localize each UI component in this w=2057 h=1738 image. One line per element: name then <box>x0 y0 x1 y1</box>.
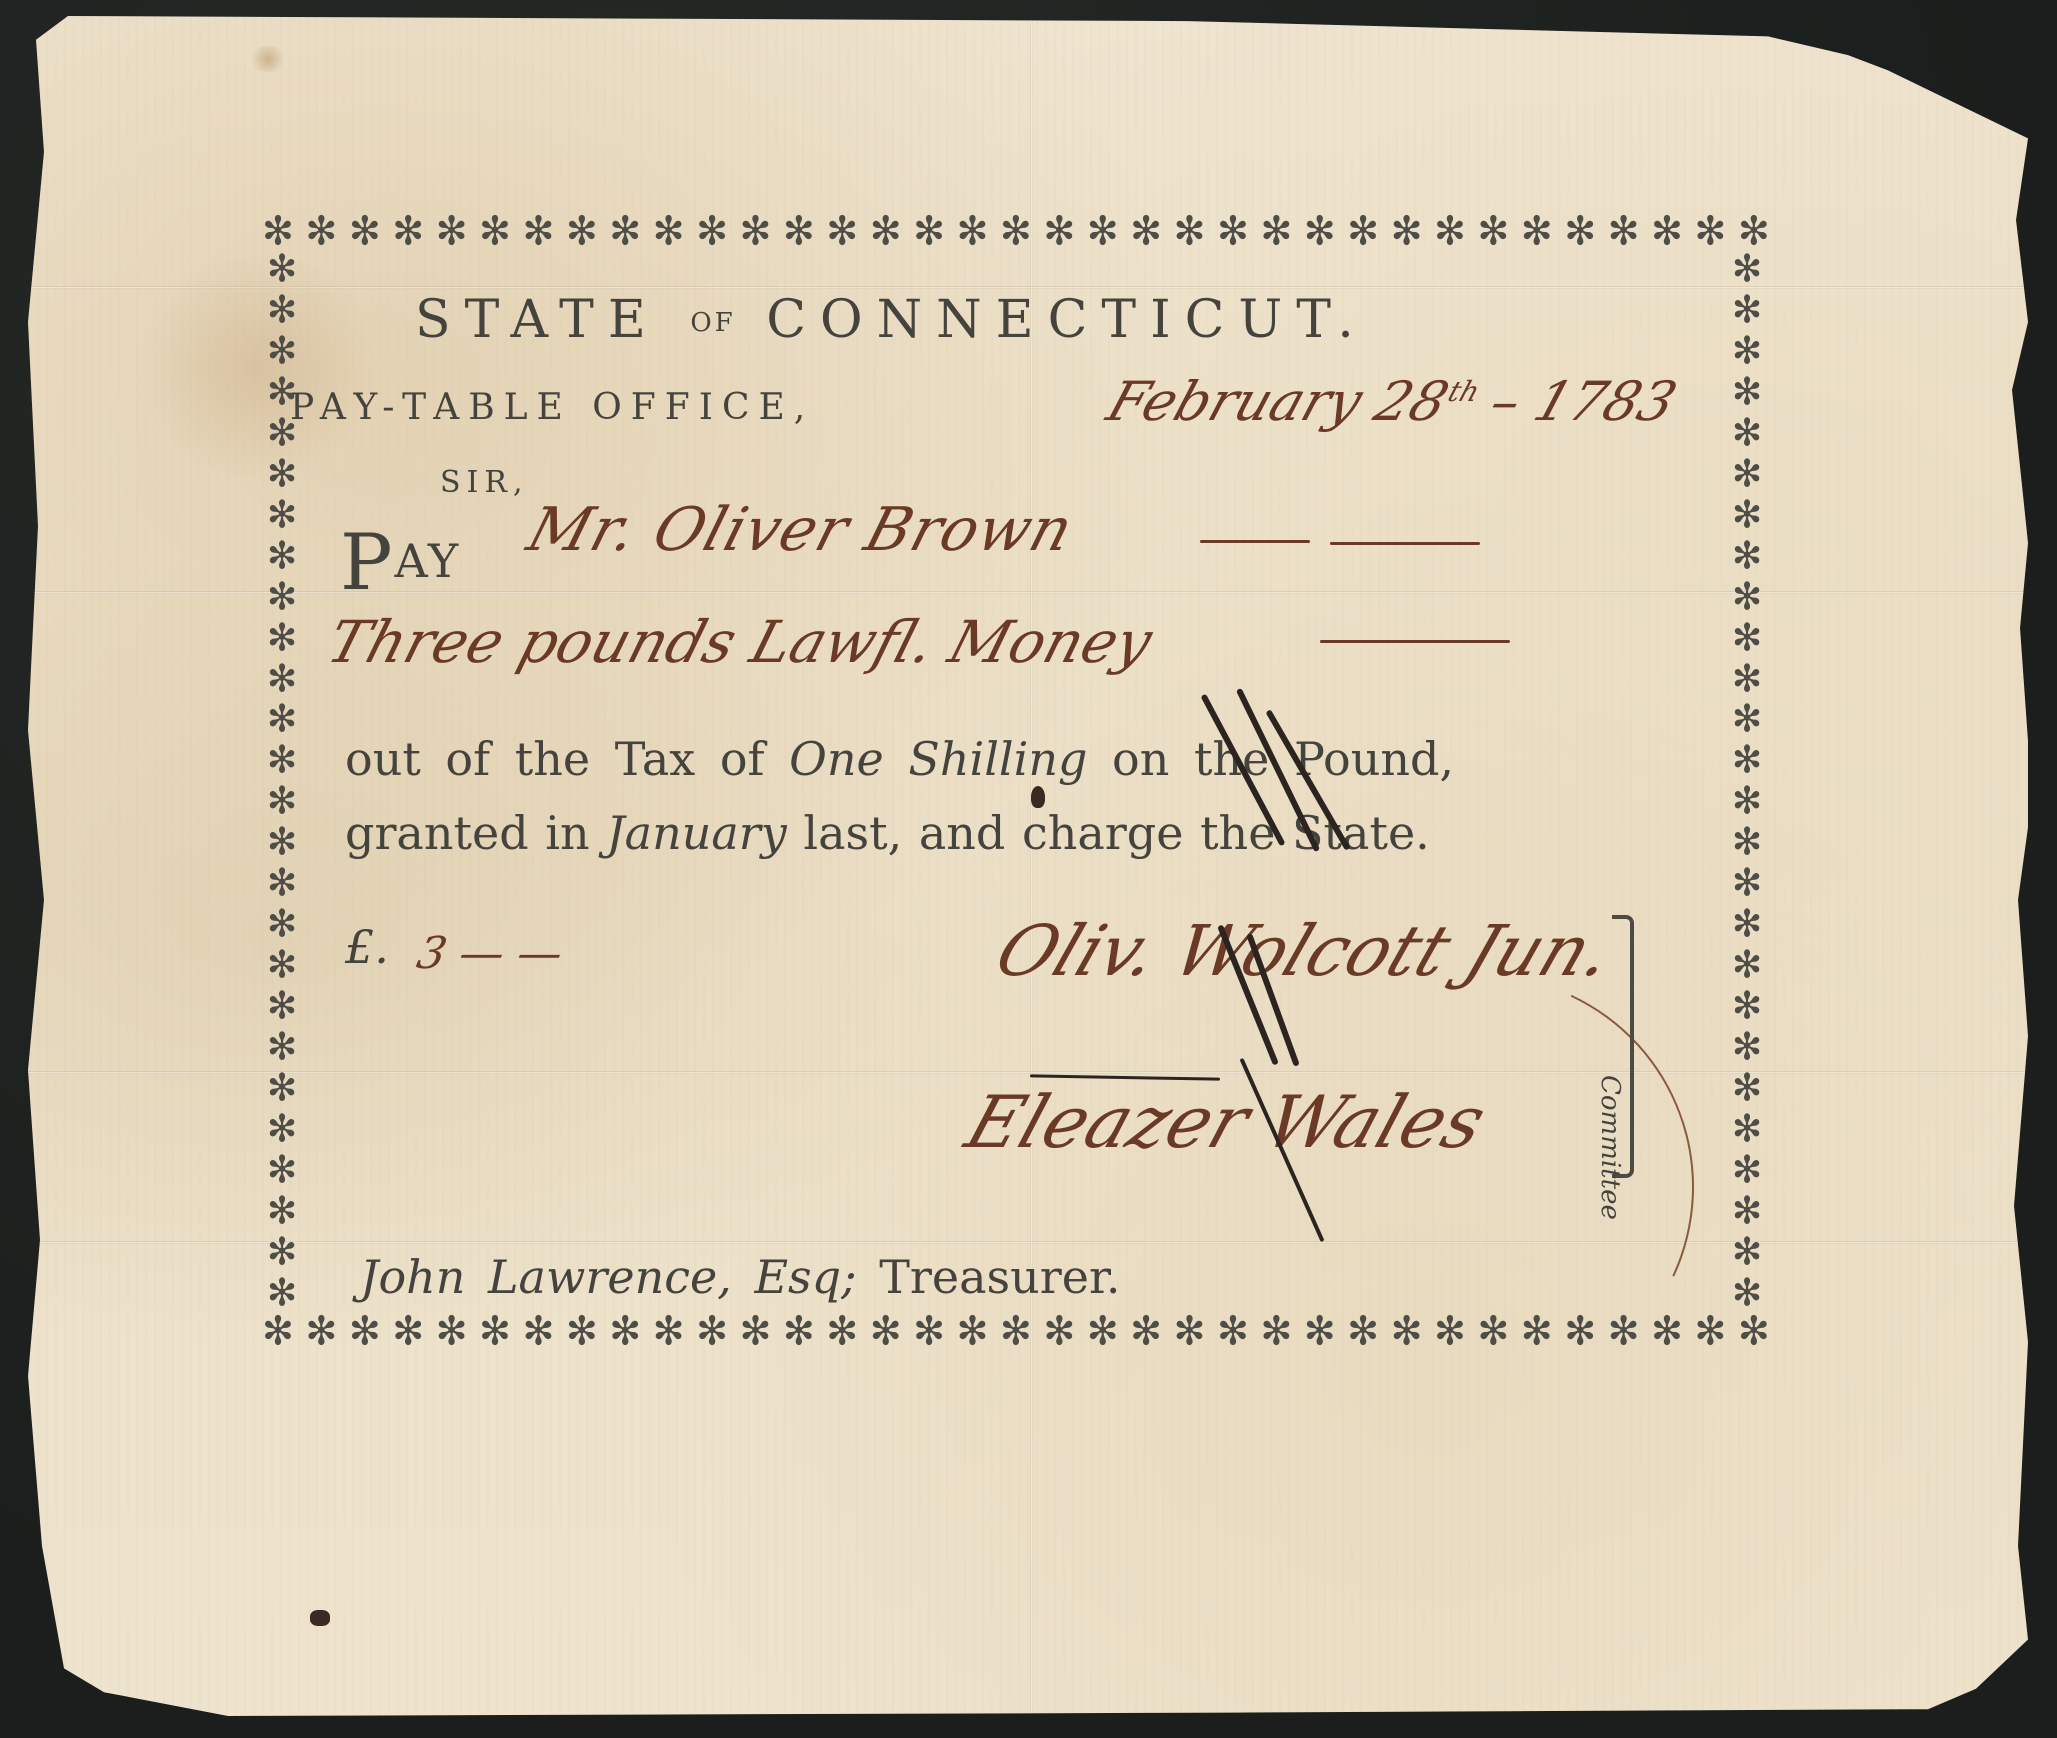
ornament-star-icon: ✻ <box>267 906 297 944</box>
title-state: STATE <box>415 290 660 350</box>
ornament-star-icon: ✻ <box>392 212 421 252</box>
ornament-star-icon: ✻ <box>1732 497 1762 535</box>
ink-blot <box>310 1610 330 1626</box>
ornament-star-icon: ✻ <box>739 1312 768 1352</box>
ornament-star-icon: ✻ <box>1732 579 1762 617</box>
fill-dash <box>1320 640 1510 643</box>
ornament-star-icon: ✻ <box>783 212 812 252</box>
ornament-star-icon: ✻ <box>267 1070 297 1108</box>
salutation: SIR, <box>440 465 529 500</box>
ornament-star-icon: ✻ <box>267 743 297 781</box>
ornament-border-top: ✻✻✻✻✻✻✻✻✻✻✻✻✻✻✻✻✻✻✻✻✻✻✻✻✻✻✻✻✻✻✻✻✻✻✻ <box>262 212 1767 252</box>
tax-prefix: out of the Tax of <box>345 732 765 786</box>
ornament-star-icon: ✻ <box>1732 415 1762 453</box>
ornament-star-icon: ✻ <box>305 212 334 252</box>
ornament-star-icon: ✻ <box>957 212 986 252</box>
ornament-star-icon: ✻ <box>696 212 725 252</box>
ornament-star-icon: ✻ <box>1732 988 1762 1026</box>
ornament-border-right: ✻✻✻✻✻✻✻✻✻✻✻✻✻✻✻✻✻✻✻✻✻✻✻✻✻✻ <box>1727 252 1767 1312</box>
stain <box>248 46 288 72</box>
ornament-star-icon: ✻ <box>957 1312 986 1352</box>
ornament-star-icon: ✻ <box>392 1312 421 1352</box>
ornament-star-icon: ✻ <box>1732 661 1762 699</box>
ornament-star-icon: ✻ <box>1732 865 1762 903</box>
ornament-star-icon: ✻ <box>1260 1312 1289 1352</box>
ornament-star-icon: ✻ <box>267 702 297 740</box>
ornament-star-icon: ✻ <box>609 212 638 252</box>
ornament-star-icon: ✻ <box>566 212 595 252</box>
ornament-star-icon: ✻ <box>870 212 899 252</box>
ornament-star-icon: ✻ <box>1732 1070 1762 1108</box>
ornament-star-icon: ✻ <box>913 212 942 252</box>
ornament-star-icon: ✻ <box>566 1312 595 1352</box>
ornament-star-icon: ✻ <box>1732 1234 1762 1272</box>
pay-rest: AY <box>394 534 460 588</box>
ornament-star-icon: ✻ <box>1260 212 1289 252</box>
ornament-star-icon: ✻ <box>267 1111 297 1149</box>
ornament-star-icon: ✻ <box>1732 1111 1762 1149</box>
ornament-star-icon: ✻ <box>1732 1275 1762 1312</box>
ornament-star-icon: ✻ <box>1732 252 1762 289</box>
ornament-star-icon: ✻ <box>783 1312 812 1352</box>
ornament-star-icon: ✻ <box>1732 538 1762 576</box>
ornament-star-icon: ✻ <box>826 212 855 252</box>
ornament-star-icon: ✻ <box>522 212 551 252</box>
handwritten-date: February 28th – 1783 <box>1100 370 1685 433</box>
ornament-star-icon: ✻ <box>1564 212 1593 252</box>
ornament-star-icon: ✻ <box>1000 212 1029 252</box>
fill-dash <box>1330 542 1480 545</box>
ornament-star-icon: ✻ <box>1732 1029 1762 1067</box>
ornament-star-icon: ✻ <box>522 1312 551 1352</box>
fill-dash <box>1200 540 1310 543</box>
ornament-star-icon: ✻ <box>1043 1312 1072 1352</box>
handwritten-amount-figure: 3 — — <box>413 928 568 979</box>
ornament-star-icon: ✻ <box>1000 1312 1029 1352</box>
ornament-star-icon: ✻ <box>267 1275 297 1312</box>
ornament-star-icon: ✻ <box>267 538 297 576</box>
ornament-star-icon: ✻ <box>267 865 297 903</box>
ornament-star-icon: ✻ <box>1130 1312 1159 1352</box>
ornament-star-icon: ✻ <box>653 1312 682 1352</box>
ornament-star-icon: ✻ <box>1732 906 1762 944</box>
ornament-star-icon: ✻ <box>1434 212 1463 252</box>
ornament-star-icon: ✻ <box>267 620 297 658</box>
ornament-star-icon: ✻ <box>1130 212 1159 252</box>
ornament-star-icon: ✻ <box>1087 212 1116 252</box>
ornament-star-icon: ✻ <box>1694 212 1723 252</box>
ornament-star-icon: ✻ <box>436 212 465 252</box>
ornament-star-icon: ✻ <box>267 1152 297 1190</box>
ornament-star-icon: ✻ <box>1738 1312 1767 1352</box>
ornament-star-icon: ✻ <box>267 456 297 494</box>
granted-prefix: granted in <box>345 806 590 860</box>
ornament-star-icon: ✻ <box>267 824 297 862</box>
ornament-star-icon: ✻ <box>1738 212 1767 252</box>
ornament-star-icon: ✻ <box>913 1312 942 1352</box>
ornament-star-icon: ✻ <box>1521 212 1550 252</box>
ornament-star-icon: ✻ <box>1732 824 1762 862</box>
ornament-star-icon: ✻ <box>1391 212 1420 252</box>
ornament-star-icon: ✻ <box>1304 212 1333 252</box>
ornament-star-icon: ✻ <box>267 661 297 699</box>
ornament-star-icon: ✻ <box>826 1312 855 1352</box>
tax-italic: One Shilling <box>789 732 1087 786</box>
currency-symbol: £. <box>345 920 389 974</box>
ornament-star-icon: ✻ <box>1732 783 1762 821</box>
ornament-star-icon: ✻ <box>1477 212 1506 252</box>
handwritten-payee: Mr. Oliver Brown <box>520 495 1081 565</box>
ornament-star-icon: ✻ <box>436 1312 465 1352</box>
ornament-star-icon: ✻ <box>1217 212 1246 252</box>
ornament-star-icon: ✻ <box>609 1312 638 1352</box>
ornament-star-icon: ✻ <box>1694 1312 1723 1352</box>
ornament-star-icon: ✻ <box>267 947 297 985</box>
treasurer-name: John Lawrence, <box>360 1250 732 1304</box>
document-title: STATE OF CONNECTICUT. <box>415 290 1368 350</box>
treasurer-line: John Lawrence, Esq; Treasurer. <box>360 1250 1121 1304</box>
ornament-star-icon: ✻ <box>479 1312 508 1352</box>
ornament-star-icon: ✻ <box>1087 1312 1116 1352</box>
ornament-star-icon: ✻ <box>1732 702 1762 740</box>
ornament-star-icon: ✻ <box>267 1029 297 1067</box>
ornament-star-icon: ✻ <box>1174 1312 1203 1352</box>
ornament-star-icon: ✻ <box>262 1312 291 1352</box>
ornament-star-icon: ✻ <box>1732 947 1762 985</box>
ornament-star-icon: ✻ <box>1732 374 1762 412</box>
handwritten-amount-words: Three pounds Lawfl. Money <box>320 608 1159 676</box>
title-connecticut: CONNECTICUT. <box>766 290 1368 350</box>
pay-initial: P <box>340 518 394 608</box>
date-text: February 28 <box>1100 370 1457 433</box>
ornament-star-icon: ✻ <box>739 212 768 252</box>
ornament-star-icon: ✻ <box>262 212 291 252</box>
ornament-star-icon: ✻ <box>1732 333 1762 371</box>
title-of: OF <box>690 308 735 338</box>
ornament-star-icon: ✻ <box>1732 620 1762 658</box>
ornament-star-icon: ✻ <box>267 292 297 330</box>
pay-label: PAY <box>340 518 460 608</box>
ornament-star-icon: ✻ <box>267 497 297 535</box>
treasurer-esq: Esq; <box>754 1250 856 1304</box>
ornament-star-icon: ✻ <box>1651 1312 1680 1352</box>
ornament-star-icon: ✻ <box>1043 212 1072 252</box>
ornament-star-icon: ✻ <box>870 1312 899 1352</box>
ornament-star-icon: ✻ <box>305 1312 334 1352</box>
ornament-star-icon: ✻ <box>696 1312 725 1352</box>
ornament-star-icon: ✻ <box>1732 1152 1762 1190</box>
ornament-star-icon: ✻ <box>653 212 682 252</box>
date-year: – 1783 <box>1482 370 1684 433</box>
ornament-star-icon: ✻ <box>1732 292 1762 330</box>
committee-label: Committee <box>1595 1075 1625 1220</box>
ornament-star-icon: ✻ <box>267 333 297 371</box>
ornament-star-icon: ✻ <box>1651 212 1680 252</box>
ornament-star-icon: ✻ <box>267 1234 297 1272</box>
ornament-star-icon: ✻ <box>267 783 297 821</box>
ornament-star-icon: ✻ <box>479 212 508 252</box>
ornament-star-icon: ✻ <box>1347 212 1376 252</box>
ornament-star-icon: ✻ <box>1732 743 1762 781</box>
ornament-star-icon: ✻ <box>349 1312 378 1352</box>
ornament-star-icon: ✻ <box>349 212 378 252</box>
ornament-star-icon: ✻ <box>267 988 297 1026</box>
ornament-star-icon: ✻ <box>1608 212 1637 252</box>
treasurer-title: Treasurer. <box>879 1250 1120 1304</box>
ornament-star-icon: ✻ <box>1732 456 1762 494</box>
granted-italic: January <box>606 806 787 860</box>
ornament-star-icon: ✻ <box>1217 1312 1246 1352</box>
ornament-star-icon: ✻ <box>1174 212 1203 252</box>
ornament-star-icon: ✻ <box>267 579 297 617</box>
ornament-star-icon: ✻ <box>267 1193 297 1231</box>
ornament-star-icon: ✻ <box>267 252 297 289</box>
ornament-star-icon: ✻ <box>1732 1193 1762 1231</box>
office-label: PAY-TABLE OFFICE, <box>290 387 814 428</box>
